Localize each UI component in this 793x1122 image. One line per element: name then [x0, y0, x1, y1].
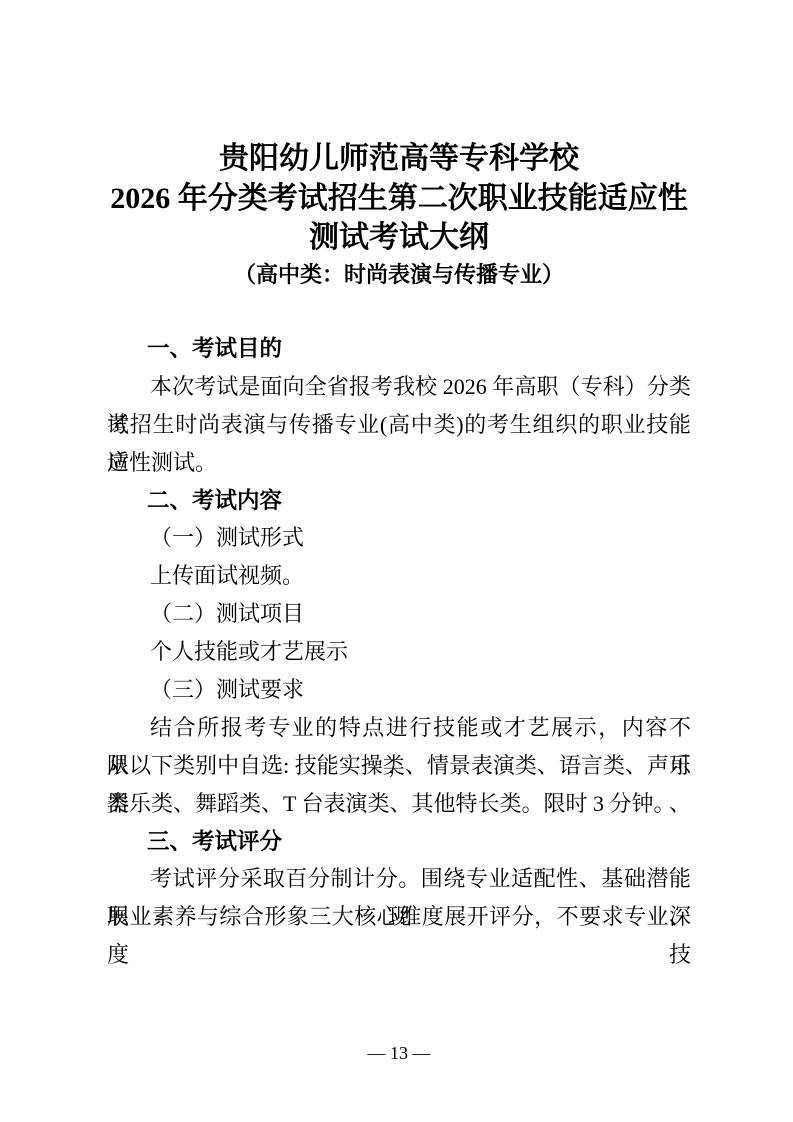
section-3-paragraph-line-1: 考试评分采取百分制计分。围绕专业适配性、基础潜能展现、	[107, 860, 691, 898]
section-2-item-3-paragraph-line-3: 器乐类、舞蹈类、T 台表演类、其他特长类。限时 3 分钟。	[107, 785, 691, 823]
document-title: 贵阳幼儿师范高等专科学校 2026 年分类考试招生第二次职业技能适应性 测试考试…	[107, 139, 691, 291]
section-2-item-2-title: （二）测试项目	[107, 595, 691, 633]
page-number: — 13 —	[368, 1043, 431, 1063]
title-line-outline: 测试考试大纲	[107, 218, 691, 258]
page-footer: — 13 —	[107, 1040, 691, 1066]
section-1-heading: 一、考试目的	[107, 330, 691, 368]
section-2-item-1-title: （一）测试形式	[107, 519, 691, 557]
section-1-paragraph-line-2: 试招生时尚表演与传播专业(高中类)的考生组织的职业技能适	[107, 406, 691, 444]
section-3-heading: 三、考试评分	[107, 823, 691, 861]
section-2-item-1-content: 上传面试视频。	[107, 557, 691, 595]
section-2-item-2-content: 个人技能或才艺展示	[107, 633, 691, 671]
title-line-school-name: 贵阳幼儿师范高等专科学校	[107, 139, 691, 179]
section-2-item-3-title: （三）测试要求	[107, 671, 691, 709]
title-line-exam-name: 2026 年分类考试招生第二次职业技能适应性	[107, 179, 691, 219]
title-subtitle-major: （高中类：时尚表演与传播专业）	[107, 258, 691, 291]
section-2-item-3-paragraph-line-2: 从以下类别中自选: 技能实操类、情景表演类、语言类、声乐类、	[107, 747, 691, 785]
section-2-item-3-paragraph-line-1: 结合所报考专业的特点进行技能或才艺展示，内容不限，可	[107, 709, 691, 747]
section-1-paragraph-line-3: 应性测试。	[107, 444, 691, 482]
section-2-heading: 二、考试内容	[107, 482, 691, 520]
document-page: 贵阳幼儿师范高等专科学校 2026 年分类考试招生第二次职业技能适应性 测试考试…	[0, 0, 793, 1122]
section-3-paragraph-line-2: 职业素养与综合形象三大核心维度展开评分，不要求专业深度技	[107, 898, 691, 936]
document-body: 一、考试目的 本次考试是面向全省报考我校 2026 年高职（专科）分类考 试招生…	[107, 330, 691, 936]
section-1-paragraph-line-1: 本次考试是面向全省报考我校 2026 年高职（专科）分类考	[107, 368, 691, 406]
